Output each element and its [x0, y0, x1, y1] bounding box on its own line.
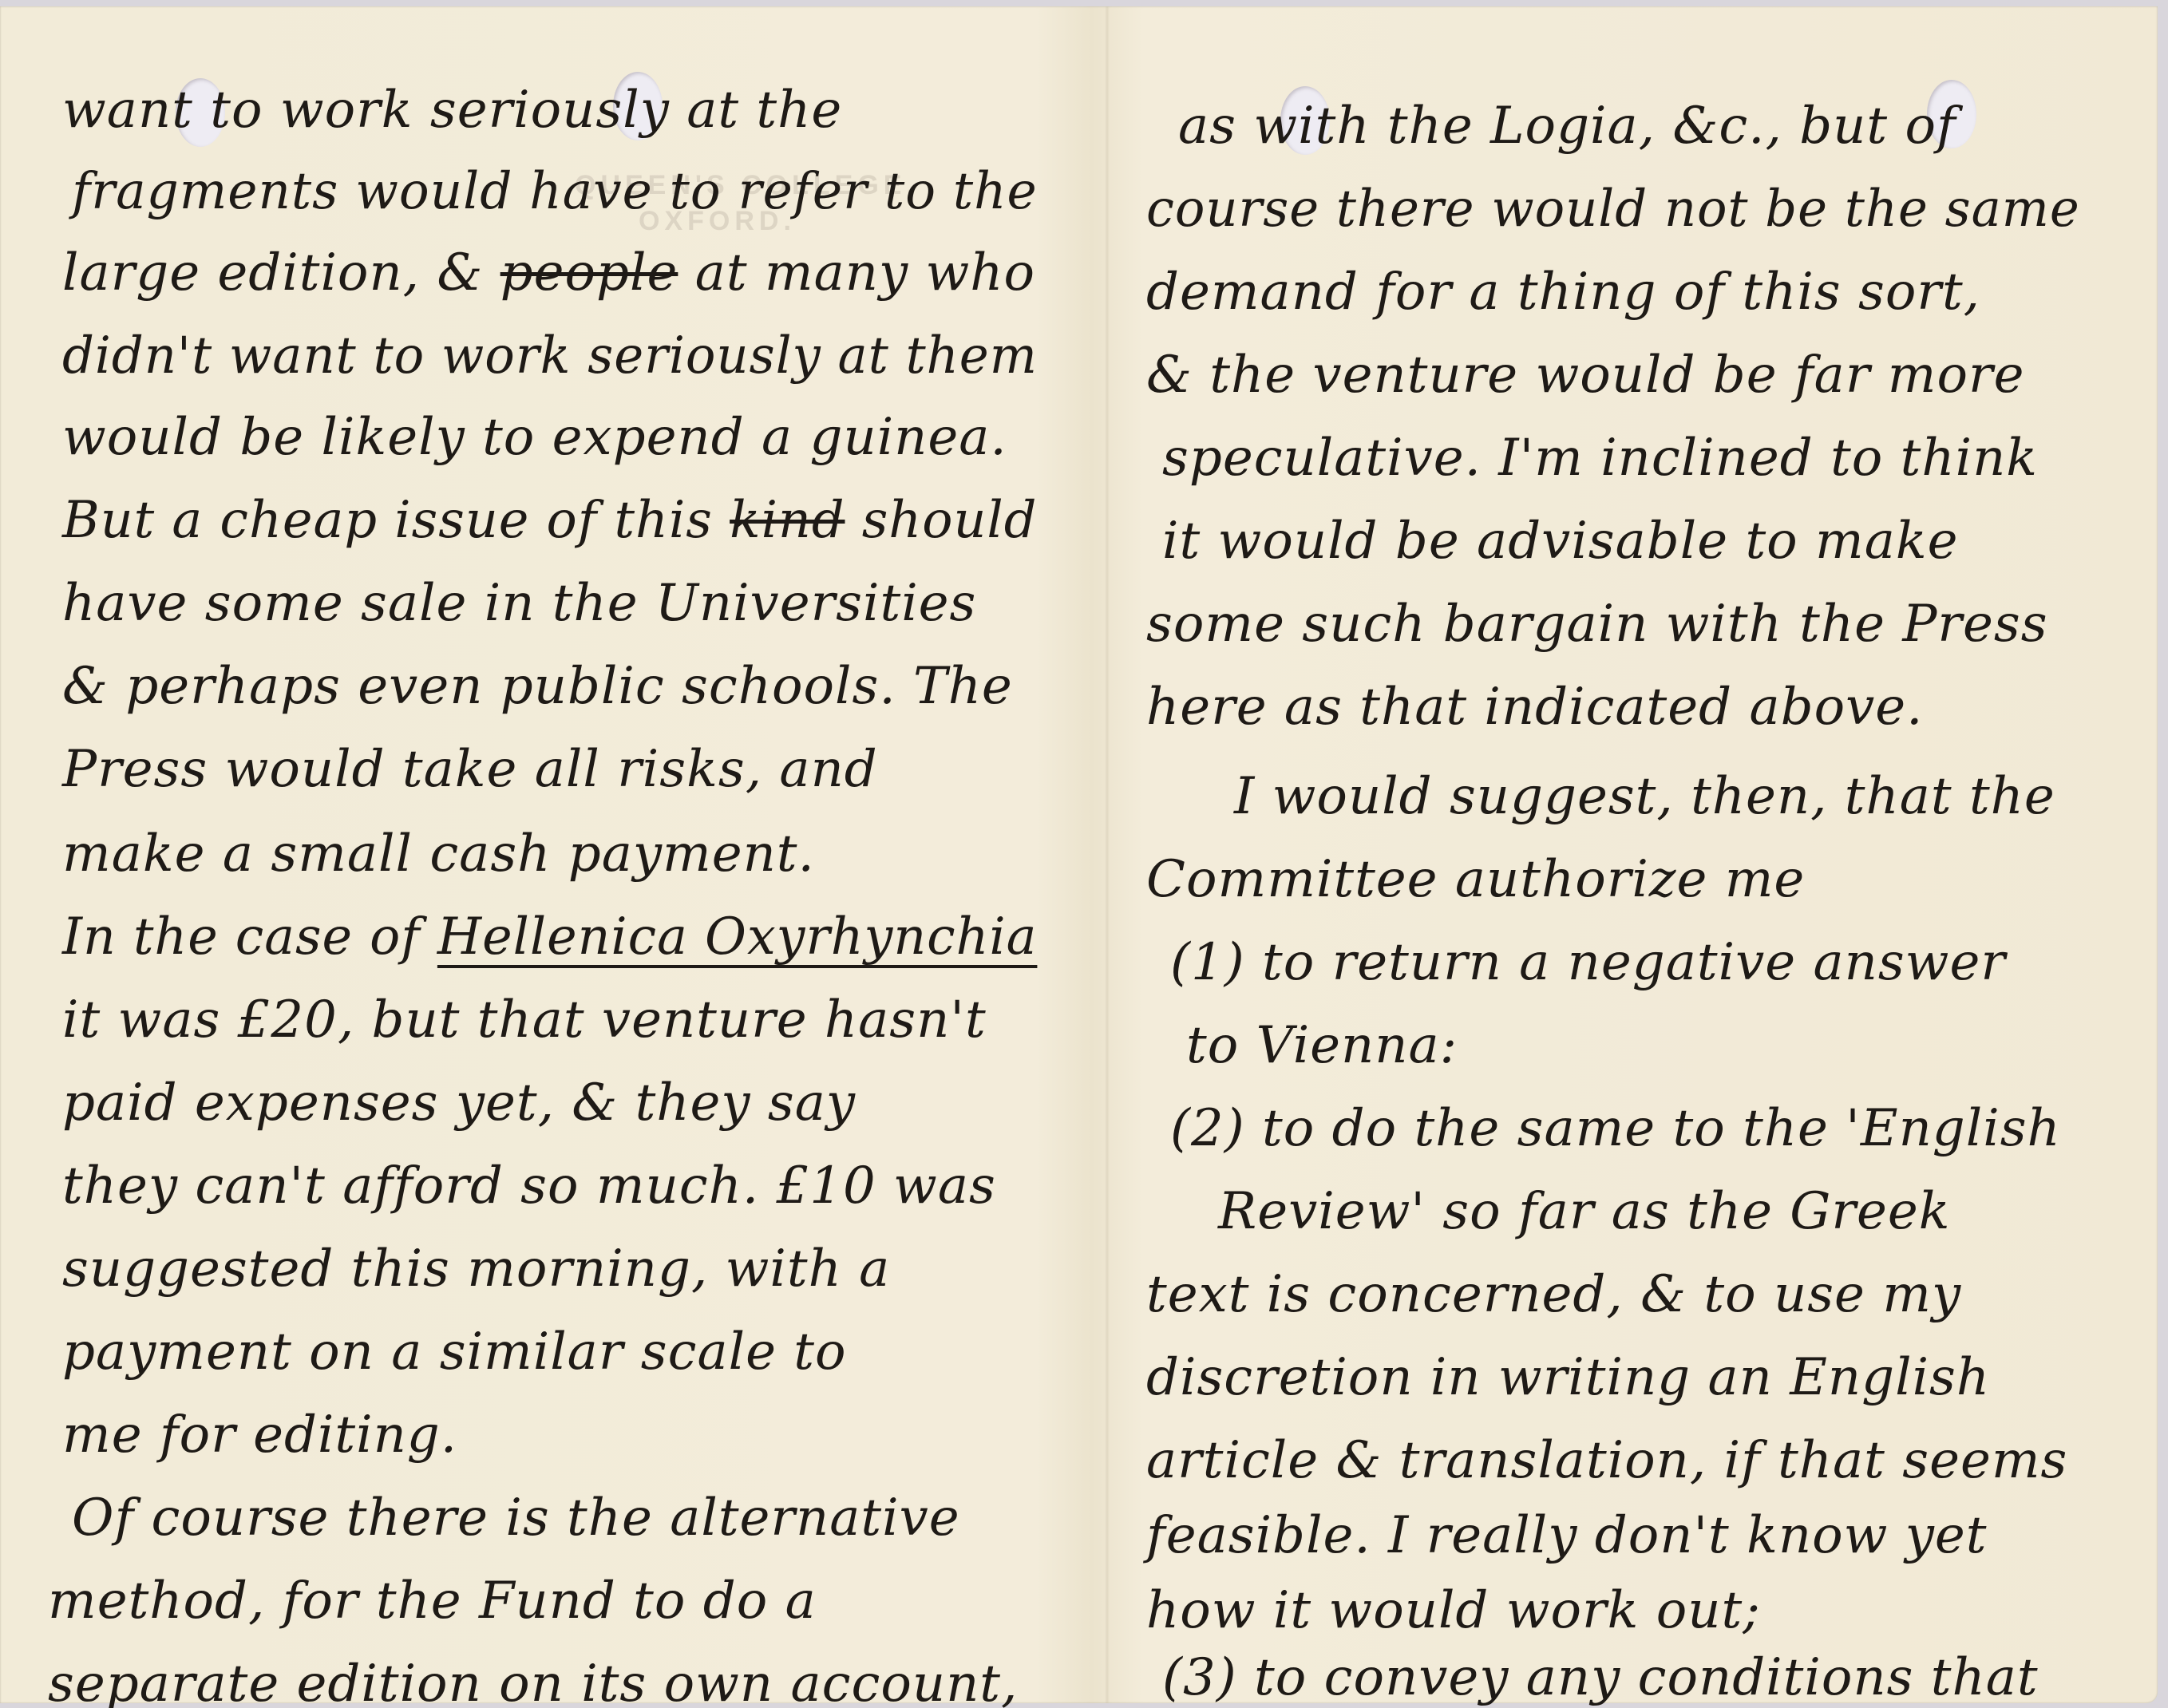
line-text: In the case of	[62, 907, 437, 967]
underlined-title: Hellenica Oxyrhynchia	[437, 907, 1038, 967]
right-line-4: & the venture would be far more	[1146, 350, 2024, 401]
right-line-14: Review' so far as the Greek	[1218, 1186, 1951, 1237]
left-line-1: want to work seriously at the	[62, 85, 842, 136]
letter-sheet: QUEEN'S COLLEGE, OXFORD. want to work se…	[0, 6, 2158, 1703]
right-line-12: to Vienna:	[1186, 1020, 1458, 1071]
left-line-6: But a cheap issue of this kind should	[62, 495, 1037, 546]
right-line-18: feasible. I really don't know yet	[1146, 1510, 1988, 1561]
left-line-8: & perhaps even public schools. The	[62, 661, 1013, 712]
right-line-13: (2) to do the same to the 'English	[1170, 1103, 2061, 1154]
right-line-15: text is concerned, & to use my	[1146, 1269, 1961, 1320]
left-page: QUEEN'S COLLEGE, OXFORD. want to work se…	[0, 6, 1106, 1703]
left-line-12: it was £20, but that venture hasn't	[62, 994, 987, 1046]
left-line-7: have some sale in the Universities	[62, 578, 976, 629]
line-text: large edition, &	[62, 243, 500, 302]
right-line-16: discretion in writing an English	[1146, 1352, 1990, 1403]
left-line-15: suggested this morning, with a	[62, 1243, 890, 1295]
right-line-2: course there would not be the same	[1146, 184, 2080, 235]
left-line-10: make a small cash payment.	[62, 828, 815, 880]
right-line-19: how it would work out;	[1146, 1585, 1761, 1636]
right-line-20: (3) to convey any conditions that	[1162, 1652, 2039, 1703]
right-line-17: article & translation, if that seems	[1146, 1435, 2067, 1486]
left-line-16: payment on a similar scale to	[62, 1326, 847, 1378]
right-page: as with the Logia, &c., but of course th…	[1106, 6, 2158, 1703]
left-line-19: method, for the Fund to do a	[48, 1576, 817, 1627]
left-line-17: me for editing.	[62, 1409, 457, 1461]
left-line-9: Press would take all risks, and	[62, 744, 878, 795]
right-line-6: it would be advisable to make	[1162, 516, 1959, 567]
left-line-18: Of course there is the alternative	[72, 1493, 960, 1544]
right-line-1: as with the Logia, &c., but of	[1178, 101, 1956, 152]
left-line-4: didn't want to work seriously at them	[62, 330, 1038, 382]
right-line-5: speculative. I'm inclined to think	[1162, 433, 2038, 484]
line-text: at many who	[678, 243, 1035, 302]
left-line-11: In the case of Hellenica Oxyrhynchia	[62, 911, 1037, 963]
left-line-3: large edition, & people at many who	[62, 247, 1035, 299]
left-line-2: fragments would have to refer to the	[72, 166, 1038, 217]
right-line-7: some such bargain with the Press	[1146, 599, 2048, 650]
struck-word: kind	[730, 491, 845, 550]
left-line-5: would be likely to expend a guinea.	[62, 412, 1007, 463]
left-line-14: they can't afford so much. £10 was	[62, 1160, 996, 1212]
right-line-11: (1) to return a negative answer	[1170, 937, 2006, 988]
right-line-8: here as that indicated above.	[1146, 682, 1923, 733]
left-line-13: paid expenses yet, & they say	[62, 1077, 856, 1129]
right-line-10: Committee authorize me	[1146, 854, 1805, 905]
line-text: should	[845, 491, 1037, 550]
line-text: But a cheap issue of this	[62, 491, 730, 550]
right-line-3: demand for a thing of this sort,	[1146, 267, 1980, 318]
struck-word: people	[500, 243, 678, 302]
right-line-9: I would suggest, then, that the	[1234, 771, 2055, 822]
left-line-20: separate edition on its own account,	[48, 1659, 1018, 1708]
